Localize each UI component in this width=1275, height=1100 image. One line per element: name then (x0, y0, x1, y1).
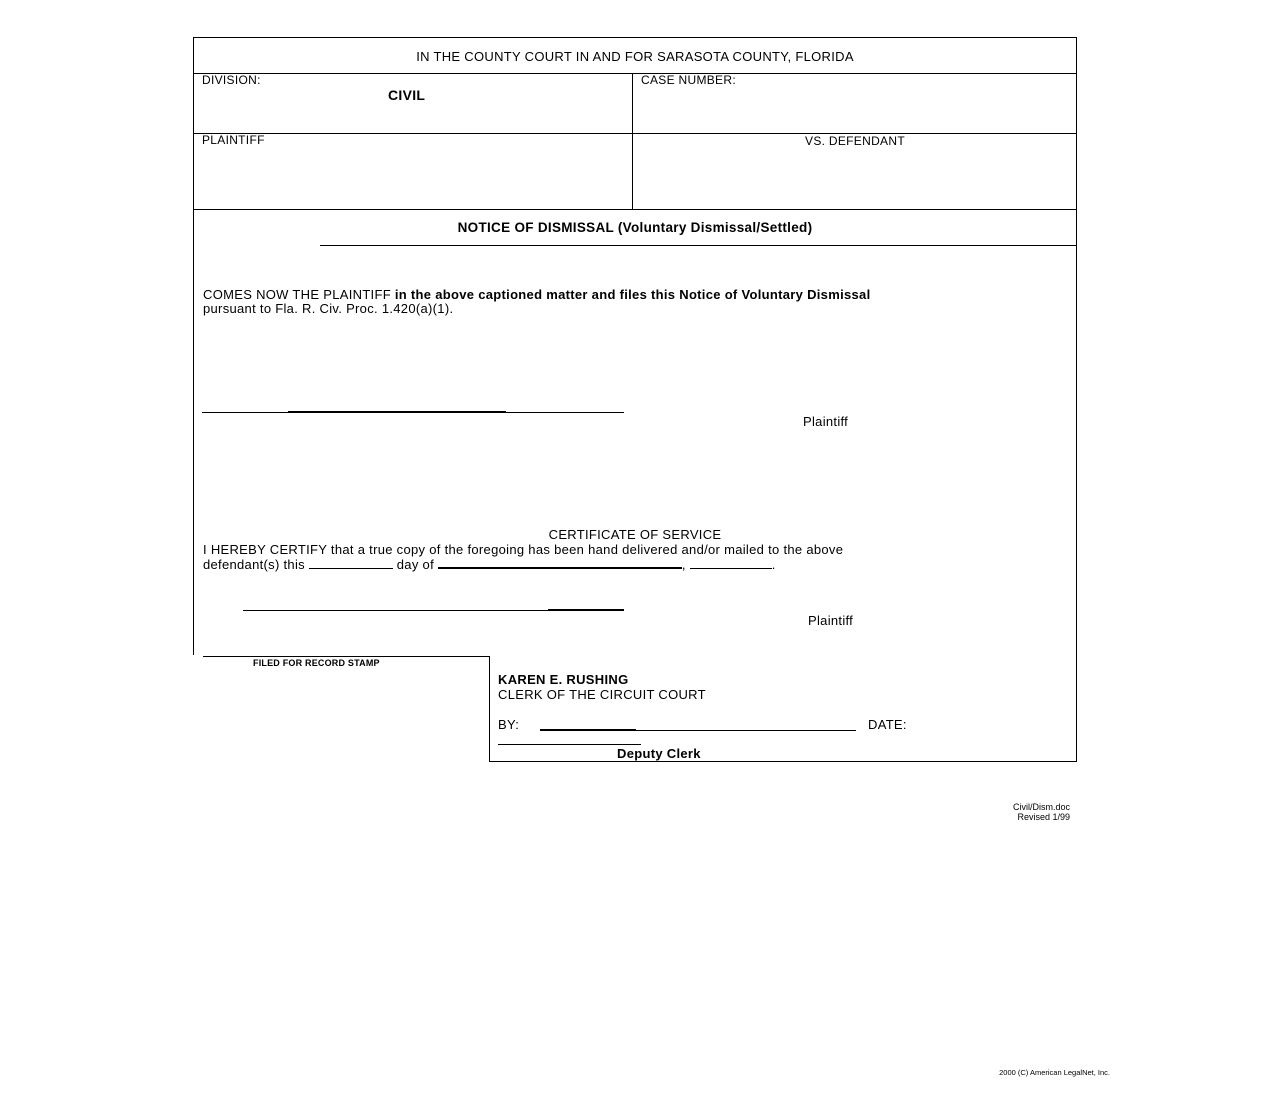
certificate-comma: , (682, 557, 686, 572)
deputy-signature-line[interactable] (498, 744, 641, 745)
notice-body-line-2: pursuant to Fla. R. Civ. Proc. 1.420(a)(… (203, 301, 453, 316)
plaintiff-label: PLAINTIFF (202, 133, 265, 147)
deputy-clerk-label: Deputy Clerk (617, 746, 701, 761)
footer-copyright: 2000 (C) American LegalNet, Inc. (900, 1068, 1110, 1077)
certificate-defendants-text: defendant(s) this (203, 557, 305, 572)
frame-left (193, 37, 194, 655)
certificate-line-2: defendant(s) this day of , . (203, 556, 776, 572)
notice-title: NOTICE OF DISMISSAL (Voluntary Dismissal… (193, 220, 1077, 235)
by-label: BY: (498, 717, 519, 732)
notice-body-rest: in the above captioned matter and files … (391, 287, 871, 302)
notice-body-line-1: COMES NOW THE PLAINTIFF in the above cap… (203, 287, 870, 302)
footer-revised: Revised 1/99 (960, 812, 1070, 822)
defendant-field[interactable] (641, 152, 1066, 202)
notice-body-lead: COMES NOW THE PLAINTIFF (203, 287, 391, 302)
certificate-year-field[interactable] (690, 557, 772, 569)
footer-file-name: Civil/Dism.doc (960, 802, 1070, 812)
clerk-title: CLERK OF THE CIRCUIT COURT (498, 687, 706, 702)
divider-title (193, 73, 1077, 74)
defendant-label: VS. DEFENDANT (633, 134, 1077, 148)
certificate-period: . (772, 557, 776, 572)
division-value[interactable]: CIVIL (388, 87, 425, 103)
frame-top (193, 37, 1077, 38)
case-number-field[interactable] (641, 92, 1066, 128)
plaintiff-signature-label-1: Plaintiff (803, 414, 848, 429)
notice-title-underline (320, 245, 1077, 246)
date-label: DATE: (868, 717, 907, 732)
certificate-month-field[interactable] (438, 556, 682, 569)
certificate-day-field[interactable] (309, 557, 393, 569)
plaintiff-signature-label-2: Plaintiff (808, 613, 853, 628)
stamp-box-top (203, 656, 489, 657)
court-title: IN THE COUNTY COURT IN AND FOR SARASOTA … (193, 49, 1077, 64)
clerk-box-bottom (489, 761, 1077, 762)
date-field[interactable] (930, 714, 1070, 732)
certificate-line-1-rest: that a true copy of the foregoing has be… (327, 542, 843, 557)
certificate-lead: I HEREBY CERTIFY (203, 542, 327, 557)
plaintiff-field[interactable] (202, 152, 622, 202)
clerk-name: KAREN E. RUSHING (498, 672, 628, 687)
certificate-title: CERTIFICATE OF SERVICE (193, 527, 1077, 542)
stamp-label: FILED FOR RECORD STAMP (253, 658, 380, 668)
certificate-day-of-text: day of (397, 557, 434, 572)
by-signature-line-overlay (540, 729, 636, 731)
certificate-line-1: I HEREBY CERTIFY that a true copy of the… (203, 542, 843, 557)
case-number-label: CASE NUMBER: (641, 73, 736, 87)
division-label: DIVISION: (202, 73, 261, 87)
stamp-area[interactable] (195, 672, 485, 762)
plaintiff-signature-line-2-overlay (548, 609, 624, 611)
divider-row-3 (193, 209, 1077, 210)
clerk-box-left (489, 656, 490, 761)
plaintiff-signature-line-1-overlay (288, 411, 506, 413)
